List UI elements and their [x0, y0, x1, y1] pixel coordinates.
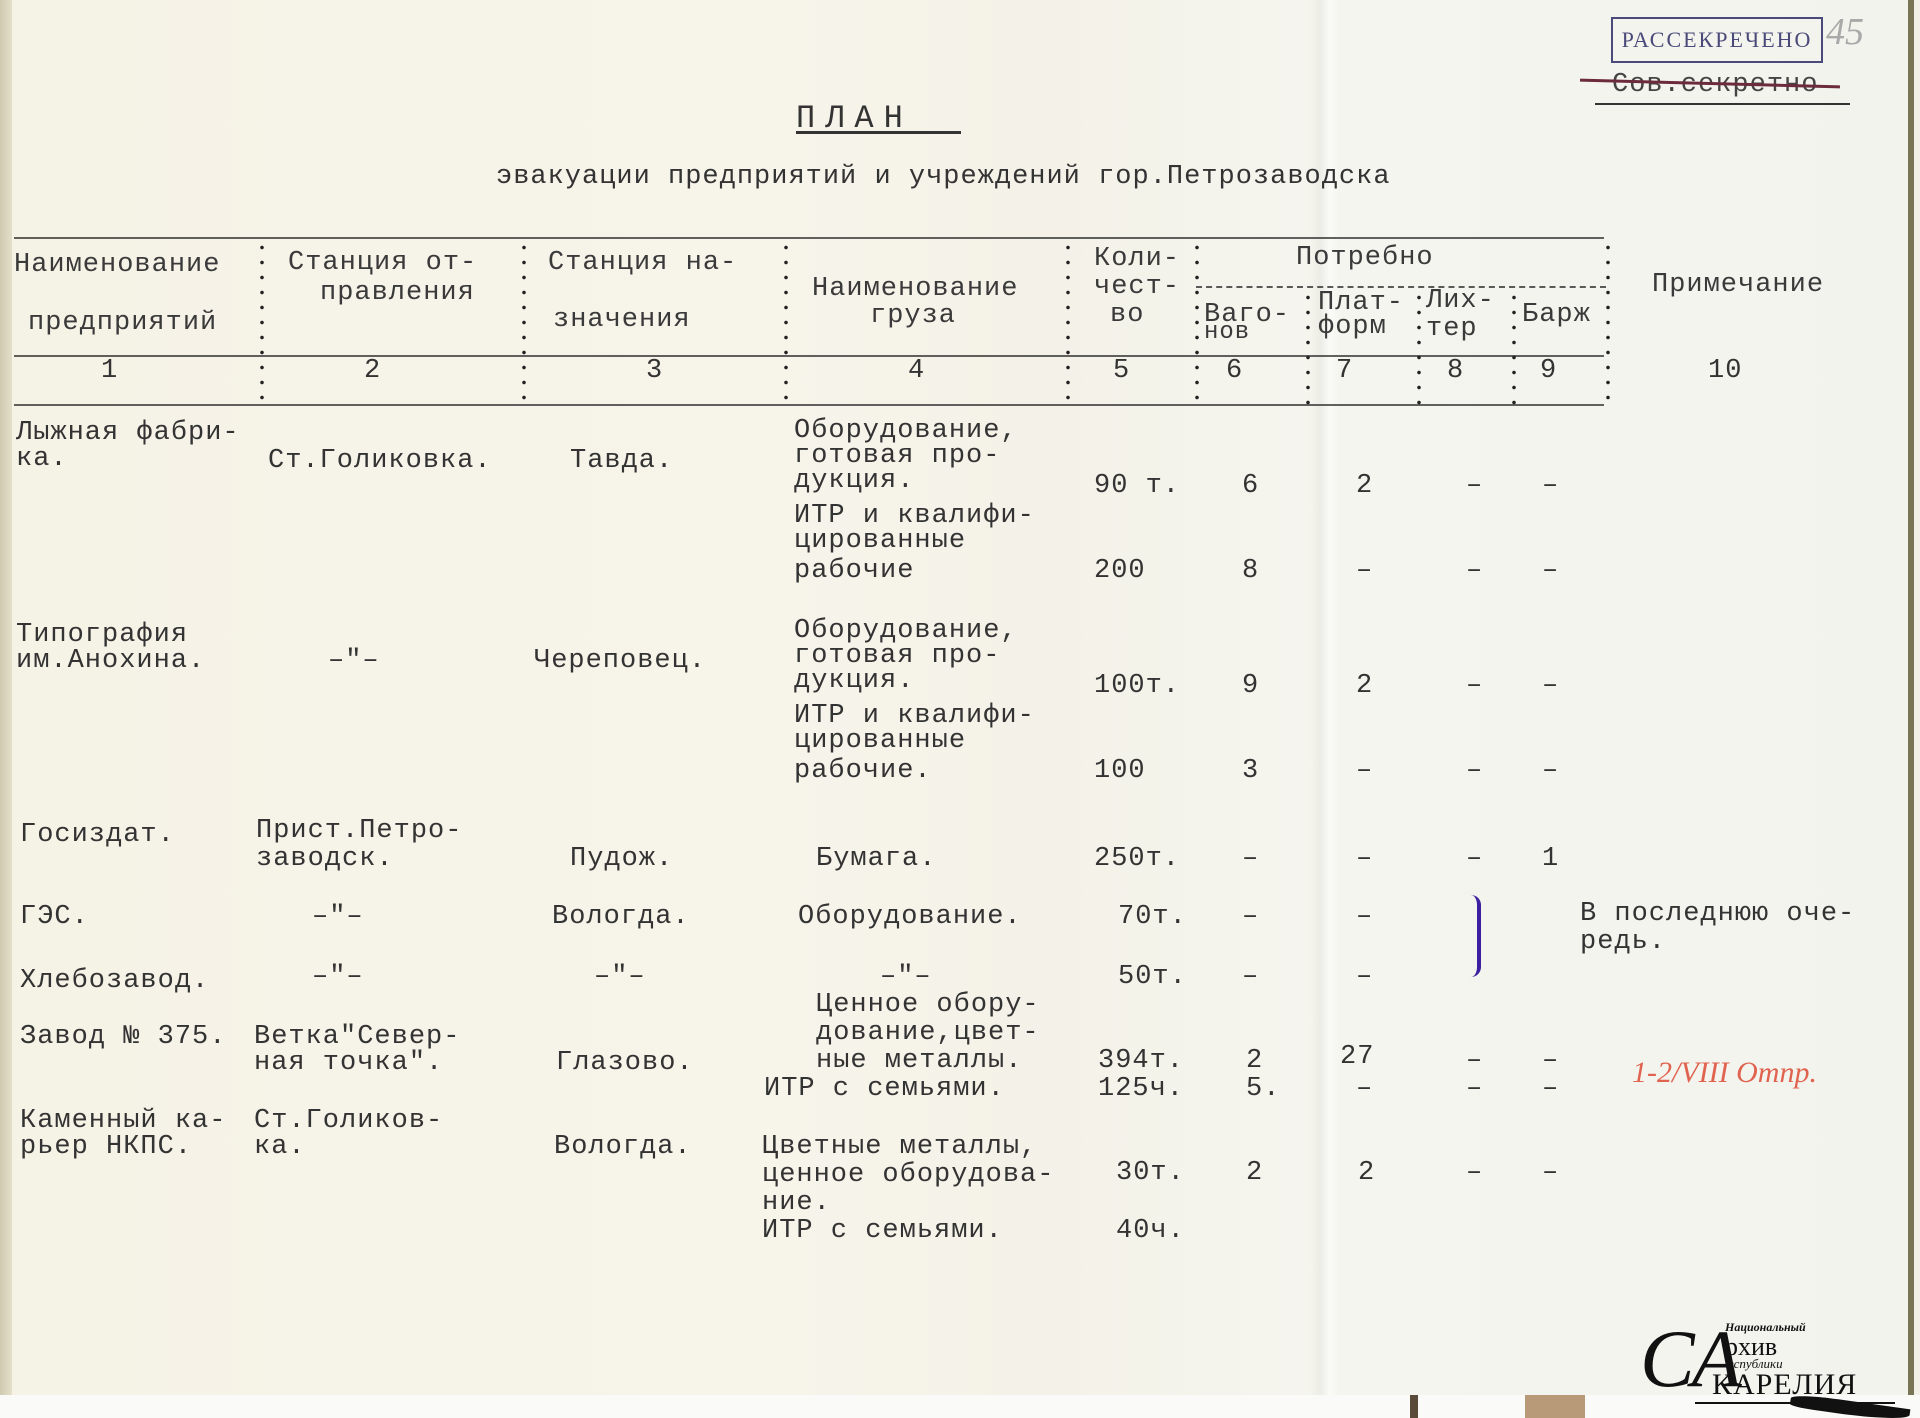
cargo: ИТР с семьями.	[762, 1218, 1003, 1244]
column-divider	[1512, 290, 1516, 408]
column-divider	[1606, 240, 1610, 408]
destination-station: Вологда.	[552, 904, 690, 930]
platforms: –	[1356, 558, 1373, 584]
quantity: 100	[1094, 758, 1146, 784]
wagons: 3	[1242, 758, 1259, 784]
quantity: 50т.	[1118, 964, 1187, 990]
destination-station: Вологда.	[554, 1134, 692, 1160]
enterprise-name: ГЭС.	[20, 904, 89, 930]
wagons: –	[1242, 964, 1259, 990]
header-potrebno: Потребно	[1296, 245, 1434, 271]
destination-station: Пудож.	[570, 846, 673, 872]
platforms: 2	[1356, 673, 1373, 699]
quantity: 200	[1094, 558, 1146, 584]
cargo: ценное оборудова-	[762, 1162, 1054, 1188]
header-quantity-line1: Коли-	[1094, 246, 1180, 272]
enterprise-name: Лыжная фабри-	[16, 420, 240, 446]
column-number: 5	[1113, 358, 1130, 384]
header-bottom-rule	[14, 355, 1604, 357]
column-divider	[522, 240, 526, 408]
lighters: –	[1466, 473, 1483, 499]
header-platforms-line2: форм	[1318, 314, 1387, 340]
header-cargo-line1: Наименование	[812, 276, 1018, 302]
header-barges: Барж	[1522, 302, 1591, 328]
enterprise-name: рьер НКПС.	[20, 1134, 192, 1160]
enterprise-name: им.Анохина.	[16, 648, 205, 674]
header-lighters-line1: Лих-	[1426, 288, 1495, 314]
cargo: цированные	[794, 528, 966, 554]
wagons: 8	[1242, 558, 1259, 584]
header-destination-line2: значения	[553, 307, 691, 333]
cargo: рабочие.	[794, 758, 932, 784]
destination-station: Череповец.	[534, 648, 706, 674]
platforms: –	[1356, 1076, 1373, 1102]
quantity: 125ч.	[1098, 1076, 1184, 1102]
cargo: ные металлы.	[816, 1048, 1022, 1074]
lighters: –	[1466, 1076, 1483, 1102]
classification-underline	[1595, 103, 1850, 105]
quantity: 70т.	[1118, 904, 1187, 930]
wagons: 9	[1242, 673, 1259, 699]
header-wagons-line2: нов	[1204, 320, 1250, 346]
departure-station: Прист.Петро-	[256, 818, 462, 844]
cargo: рабочие	[794, 558, 914, 584]
cargo: Бумага.	[816, 846, 936, 872]
cargo: Ценное обору-	[816, 992, 1040, 1018]
logo-line: КАРЕЛИЯ	[1712, 1368, 1857, 1402]
barges: –	[1542, 1048, 1559, 1074]
enterprise-name: Каменный ка-	[20, 1108, 226, 1134]
platforms: –	[1356, 758, 1373, 784]
destination-station: Тавда.	[570, 448, 673, 474]
lighters: –	[1466, 673, 1483, 699]
wagons: 5.	[1246, 1076, 1280, 1102]
barges: 1	[1542, 846, 1559, 872]
lighters: –	[1466, 1048, 1483, 1074]
header-enterprise-line1: Наименование	[14, 252, 220, 278]
column-number: 3	[646, 358, 663, 384]
header-note: Примечание	[1652, 272, 1824, 298]
barges: –	[1542, 1160, 1559, 1186]
declassified-stamp: РАССЕКРЕЧЕНО	[1611, 17, 1823, 63]
enterprise-name: Типография	[16, 622, 188, 648]
column-number: 2	[364, 358, 381, 384]
departure-station: –"–	[312, 964, 364, 990]
lighters: –	[1466, 558, 1483, 584]
table-top-rule	[14, 237, 1604, 239]
cargo: Цветные металлы,	[762, 1134, 1037, 1160]
column-number: 10	[1708, 358, 1742, 384]
platforms: –	[1356, 904, 1373, 930]
barges: –	[1542, 473, 1559, 499]
lighters: –	[1466, 758, 1483, 784]
enterprise-name: Госиздат.	[20, 822, 175, 848]
departure-station: –"–	[312, 904, 364, 930]
column-number: 9	[1540, 358, 1557, 384]
cargo: дукция.	[794, 668, 914, 694]
column-number: 4	[908, 358, 925, 384]
title-underline	[796, 131, 961, 134]
departure-station: Ветка"Север-	[254, 1024, 460, 1050]
tab-marker	[1525, 1395, 1585, 1418]
destination-station: –"–	[594, 964, 646, 990]
header-quantity-line3: во	[1110, 302, 1144, 328]
lighters: –	[1466, 846, 1483, 872]
paper-fold	[1310, 0, 1340, 1395]
archive-logo: СА Национальный рхив еспублики КАРЕЛИЯ	[1640, 1318, 1910, 1410]
platforms: 27	[1340, 1044, 1374, 1070]
column-divider	[1066, 240, 1070, 408]
column-divider	[260, 240, 264, 408]
cargo: дукция.	[794, 468, 914, 494]
cargo: цированные	[794, 728, 966, 754]
platforms: –	[1356, 964, 1373, 990]
document-subtitle: эвакуации предприятий и учреждений гор.П…	[496, 162, 1391, 192]
quantity: 90 т.	[1094, 473, 1180, 499]
header-destination-line1: Станция на-	[548, 250, 737, 276]
header-enterprise-line2: предприятий	[28, 310, 217, 336]
header-departure-line2: правления	[320, 280, 475, 306]
platforms: 2	[1358, 1160, 1375, 1186]
handwritten-red-note: 1-2/VIII Отпр.	[1632, 1056, 1817, 1090]
lighters: –	[1466, 1160, 1483, 1186]
departure-station: ка.	[254, 1134, 306, 1160]
enterprise-name: Хлебозавод.	[20, 968, 209, 994]
departure-station: заводск.	[256, 846, 394, 872]
column-divider	[1306, 290, 1310, 408]
enterprise-name: Завод № 375.	[20, 1024, 226, 1050]
quantity: 30т.	[1116, 1160, 1185, 1186]
departure-station: ная точка".	[254, 1050, 443, 1076]
header-departure-line1: Станция от-	[288, 250, 477, 276]
page-edge	[1908, 0, 1914, 1395]
platforms: –	[1356, 846, 1373, 872]
barges: –	[1542, 1076, 1559, 1102]
handwritten-brace	[1467, 895, 1481, 977]
destination-station: Глазово.	[556, 1050, 694, 1076]
barges: –	[1542, 558, 1559, 584]
wagons: 2	[1246, 1160, 1263, 1186]
cargo: дование,цвет-	[816, 1020, 1040, 1046]
quantity: 100т.	[1094, 673, 1180, 699]
quantity: 250т.	[1094, 846, 1180, 872]
wagons: –	[1242, 846, 1259, 872]
header-cargo-line2: груза	[870, 303, 956, 329]
wagons: 6	[1242, 473, 1259, 499]
column-number: 7	[1336, 358, 1353, 384]
barges: –	[1542, 673, 1559, 699]
cargo: –"–	[880, 964, 932, 990]
column-divider	[784, 240, 788, 408]
note: В последнюю оче- редь.	[1580, 900, 1855, 956]
departure-station: –"–	[328, 648, 380, 674]
wagons: –	[1242, 904, 1259, 930]
column-number-rule	[14, 404, 1604, 406]
column-divider	[1195, 240, 1199, 408]
departure-station: Ст.Голиковка.	[268, 448, 492, 474]
cargo: Оборудование.	[798, 904, 1022, 930]
departure-station: Ст.Голиков-	[254, 1108, 443, 1134]
page-number: 45	[1826, 10, 1864, 54]
column-number: 8	[1447, 358, 1464, 384]
header-lighters-line2: тер	[1426, 316, 1478, 342]
wagons: 2	[1246, 1048, 1263, 1074]
enterprise-name: ка.	[16, 446, 68, 472]
column-number: 1	[101, 358, 118, 384]
column-divider	[1417, 290, 1421, 408]
header-quantity-line2: чест-	[1094, 274, 1180, 300]
platforms: 2	[1356, 473, 1373, 499]
quantity: 394т.	[1098, 1048, 1184, 1074]
quantity: 40ч.	[1116, 1218, 1185, 1244]
bottom-margin	[0, 1395, 1920, 1418]
barges: –	[1542, 758, 1559, 784]
column-number: 6	[1226, 358, 1243, 384]
cargo: ние.	[762, 1190, 831, 1216]
cargo: ИТР с семьями.	[764, 1076, 1005, 1102]
tab-marker	[1410, 1395, 1418, 1418]
